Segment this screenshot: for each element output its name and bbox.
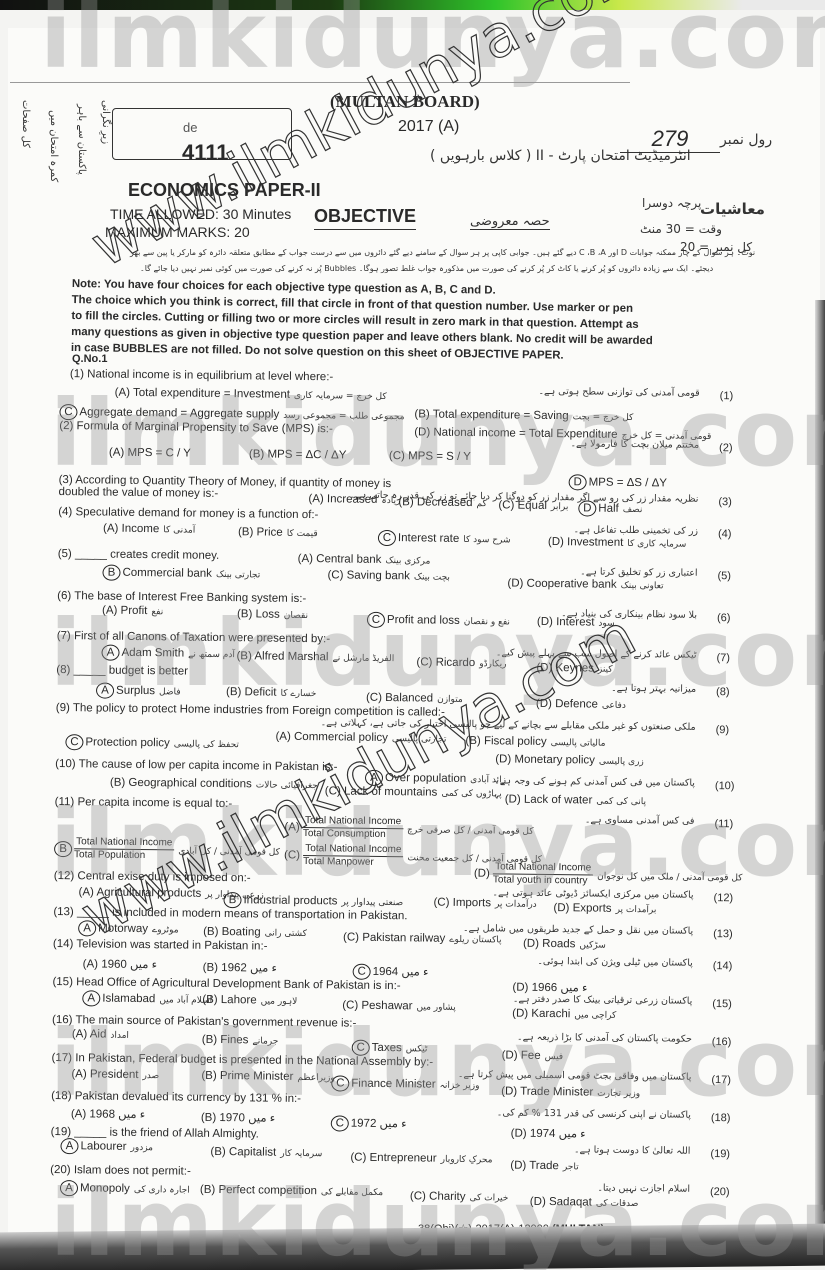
question-text: (6) The base of Interest Free Banking sy…	[57, 590, 306, 605]
option-key: (D)	[548, 536, 567, 548]
urdu-note-line-1: نوٹ۔ ہر سوال کے چار ممکنہ جوابات D اور C…	[130, 248, 755, 257]
option-urdu: کل قومی آمدنی / ملک میں کل نوجوان	[597, 871, 742, 883]
option-a: AOver populationزائد آبادی	[365, 770, 506, 788]
option-text: Fee	[521, 1050, 541, 1062]
option-urdu: صنعتی پیداوار پر	[341, 897, 403, 908]
question-stem: First of all Canons of Taxation were pre…	[74, 630, 330, 645]
option-urdu: دفاعی	[602, 701, 626, 711]
question-stem: Speculative demand for money is a functi…	[75, 506, 318, 521]
option-key: (D)	[553, 902, 572, 914]
option-urdu: وزیر تجارت	[597, 1089, 640, 1100]
question-urdu: قومی آمدنی کی توازنی سطح ہوتی ہے۔	[538, 386, 699, 399]
option-key: (B)	[226, 686, 245, 698]
option-key: (D)	[495, 753, 514, 765]
option-text: 1972 ء میں	[351, 1118, 407, 1131]
option-urdu: خیرات کی	[469, 1193, 508, 1203]
option-urdu: فیس	[545, 1052, 564, 1062]
option-text: Trade	[529, 1160, 559, 1172]
option-c: C1964 ء میں	[353, 964, 429, 981]
option-key: (A)	[109, 447, 128, 459]
option-text: 1968 ء میں	[89, 1108, 145, 1121]
option-a: (A) 1968 ء میں	[71, 1106, 145, 1121]
option-b: (B) Finesجرمانے	[202, 1034, 279, 1047]
option-text: Saving bank	[347, 570, 410, 583]
marked-answer-circle: C	[331, 1115, 349, 1131]
option-urdu: پانی کی کمی	[596, 797, 646, 808]
exam-year: 2017 (A)	[398, 118, 459, 136]
option-urdu: جغرافیائی حالات	[256, 780, 318, 791]
question-urdu: اسلام اجازت نہیں دیتا۔	[597, 1183, 690, 1195]
section-title: OBJECTIVE	[314, 206, 416, 230]
option-c: (C) Charityخیرات کی	[410, 1190, 509, 1203]
question-number: (13)	[53, 906, 74, 918]
option-a: (A) Presidentصدر	[71, 1068, 159, 1081]
option-b: (B) Perfect competitionمکمل مقابلے کی	[200, 1184, 383, 1198]
option-urdu: اجارہ داری کی	[134, 1185, 190, 1196]
option-key: (B)	[238, 526, 257, 538]
option-text: Investment	[567, 536, 623, 549]
option-text: Keynes	[555, 662, 594, 674]
question-urdu: پاکستان میں وفاقی بجٹ قومی اسمبلی میں پی…	[458, 1069, 692, 1083]
option-b: (B) Lahoreلاہور میں	[202, 994, 297, 1007]
option-urdu: شرح سود کا	[463, 535, 510, 546]
option-text: Labourer	[80, 1140, 126, 1153]
option-b: (B) Boatingکشتی رانی	[203, 926, 307, 939]
marked-answer-circle: C	[65, 734, 83, 750]
marked-answer-circle: C	[331, 1075, 349, 1091]
option-b: (B) Lossنقصان	[237, 608, 308, 621]
option-text: Capitalist	[229, 1146, 276, 1159]
question-urdu: پاکستان میں فی کس آمدنی کم ہونے کی وجہ ہ…	[494, 775, 695, 788]
question-number-right: (16)	[712, 1036, 732, 1048]
question-text: (2) Formula of Marginal Propensity to Sa…	[59, 420, 333, 435]
question-text: (14) Television was started in Pakistan …	[53, 938, 268, 953]
marked-answer-circle: A	[82, 990, 100, 1006]
option-urdu: زری پالیسی	[599, 757, 644, 768]
question-text: (5) _____ creates credit money.	[58, 548, 220, 562]
option-urdu: موٹروے	[152, 925, 179, 935]
option-b: (B) Priceقیمت کا	[238, 526, 318, 539]
option-key: (D)	[505, 793, 524, 805]
option-key: (C)	[342, 999, 361, 1011]
option-urdu: سڑکیں	[579, 940, 605, 950]
option-urdu: صدقات کی	[596, 1199, 639, 1210]
option-urdu: درآمدات پر	[495, 899, 537, 910]
option-c: (C) Pakistan railwayپاکستان ریلوے	[343, 932, 502, 946]
option-key: (A)	[275, 731, 294, 743]
option-urdu: سرمایہ کاری کا	[627, 539, 686, 550]
question-number-right: (2)	[719, 442, 733, 454]
question-text: (8) _____ budget is better	[56, 664, 188, 678]
option-c: CInterest rateشرح سود کا	[378, 530, 511, 548]
option-text: 1970 ء میں	[219, 1112, 275, 1125]
option-urdu: بچت بینک	[414, 572, 450, 582]
fraction: Total National IncomeTotal Population	[74, 836, 174, 862]
option-urdu: جرمانے	[252, 1036, 278, 1046]
question-stem: _____ budget is better	[74, 664, 189, 677]
option-text: Imports	[453, 897, 491, 909]
question-number: (10)	[55, 758, 76, 770]
option-c: (C) Saving bankبچت بینک	[327, 569, 450, 582]
option-key: (B)	[200, 1184, 219, 1196]
question-urdu: اعتباری زر کو تخلیق کرتا ہے۔	[580, 566, 698, 578]
option-text: Adam Smith	[121, 647, 184, 660]
urdu-exam-title: انٹرمیڈیٹ امتحان پارٹ - II ( کلاس بارہوی…	[430, 148, 691, 164]
question-stem: Pakistan devalued its currency by 131 % …	[75, 1090, 301, 1105]
side-note-4: زیرِ نگرانی	[100, 100, 111, 144]
option-c: (C) Importsدرآمدات پر	[433, 897, 536, 910]
marked-answer-circle: A	[60, 1138, 78, 1154]
maximum-marks: MAXIMUM MARKS: 20	[105, 224, 250, 240]
option-key: (D)	[537, 616, 556, 628]
option-a: (A) 1960 ء میں	[83, 956, 157, 971]
option-c: (C) Lack of mountainsپہاڑوں کی کمی	[325, 785, 502, 799]
option-key: (D)	[536, 698, 555, 710]
option-urdu: مزدور	[130, 1143, 153, 1153]
option-key: (C)	[410, 1190, 429, 1202]
question-stem: The cause of low per capita income in Pa…	[79, 758, 338, 773]
option-key: (C)	[366, 692, 385, 704]
option-text: MPS = C / Y	[127, 447, 191, 460]
option-a: ASurplusفاضل	[96, 682, 181, 699]
question-urdu: ملکی صنعتوں کو غیر ملکی مقابلے سے بچانے …	[321, 717, 696, 733]
option-text: Monopoly	[80, 1182, 130, 1195]
fraction: Total National IncomeTotal Consumption	[303, 815, 403, 841]
question-number: (17)	[51, 1052, 72, 1064]
option-a: (A) Total expenditure = Investmentکل خرچ…	[115, 387, 387, 402]
option-urdu: متوازن	[437, 695, 463, 705]
option-text: Monetary policy	[514, 754, 595, 767]
question-text: (7) First of all Canons of Taxation were…	[57, 630, 331, 645]
option-key: (C)	[327, 569, 346, 581]
question-number-right: (9)	[716, 724, 730, 736]
question-text: (11) Per capita income is equal to:-	[55, 796, 233, 810]
option-text: Decreased	[417, 496, 473, 509]
option-key: (D)	[502, 1049, 521, 1061]
question-stem: Television was started in Pakistan in:-	[76, 938, 267, 952]
option-d: DHalfنصف	[578, 500, 642, 517]
subject-title: ECONOMICS PAPER-II	[128, 180, 321, 201]
option-b: (B) Deficitخسارے کا	[226, 686, 316, 699]
option-key: (A)	[298, 553, 317, 565]
option-d: (D) Roadsسڑکیں	[523, 938, 606, 951]
option-key: (D)	[501, 1085, 520, 1097]
question-urdu: پاکستان نے اپنی کرنسی کی قدر 131 % کم کی…	[497, 1107, 691, 1120]
option-urdu: امداد	[110, 1031, 129, 1041]
option-key: (B)	[414, 408, 432, 420]
option-c: CProtection policyتحفظ کی پالیسی	[65, 734, 239, 752]
question-urdu: مختتم میلان بچت کا فارمولا ہے۔	[570, 438, 699, 451]
marked-answer-circle: C	[352, 1040, 370, 1056]
option-d: (D) Trade Ministerوزیر تجارت	[501, 1085, 640, 1099]
question-stem: _____ creates credit money.	[75, 548, 219, 562]
option-text: Aid	[90, 1028, 107, 1040]
option-a: AMonopolyاجارہ داری کی	[60, 1180, 190, 1198]
question-text: (9) The policy to protect Home industrie…	[56, 702, 445, 719]
option-text: Fiscal policy	[484, 735, 547, 748]
question-stem: Islam does not permit:-	[74, 1164, 191, 1177]
option-urdu: تحفظ کی پالیسی	[174, 739, 239, 750]
option-text: Half	[598, 503, 619, 515]
option-urdu: کل قومی آمدنی / کل آبادی	[178, 846, 280, 857]
option-a: (A) Profitنفع	[102, 605, 163, 618]
option-key: (B)	[398, 496, 417, 508]
scan-right-edge	[815, 300, 825, 1240]
option-text: President	[90, 1068, 139, 1081]
option-key: (A)	[308, 493, 327, 505]
option-text: Profit and loss	[387, 614, 460, 627]
option-d: (D) 1974 ء میں	[511, 1126, 586, 1141]
side-note-1: کل صفحات	[20, 100, 31, 148]
option-urdu: صدر	[142, 1071, 159, 1081]
marked-answer-circle: A	[60, 1180, 78, 1196]
option-text: Ricardo	[436, 657, 476, 669]
option-key: (D)	[474, 868, 493, 880]
option-urdu: کینز	[598, 665, 613, 675]
option-key: (A)	[102, 605, 121, 617]
question-number: (7)	[57, 630, 71, 642]
question-number: (15)	[52, 976, 73, 988]
option-c: (C) Entrepreneurمحرکِ کاروبار	[350, 1152, 492, 1166]
option-urdu: کل خرچ = بچت	[573, 412, 634, 423]
question-number: (14)	[53, 938, 74, 950]
marked-answer-circle: D	[578, 500, 596, 516]
option-text: Price	[256, 526, 282, 538]
question-urdu: ٹیکس عائد کرنے کے اصول سب سے پہلے پیش کی…	[496, 647, 697, 660]
option-d: (D) Sadaqatصدقات کی	[530, 1196, 639, 1209]
option-d: (D) Cooperative bankتعاونی بینک	[507, 577, 663, 591]
option-key: (D)	[523, 938, 542, 950]
marked-answer-circle: B	[102, 565, 120, 581]
option-urdu: نصف	[623, 505, 643, 515]
option-text: Deficit	[245, 686, 277, 698]
marked-answer-circle: B	[223, 892, 241, 908]
option-key: (B)	[236, 650, 254, 662]
question-urdu: فی کس آمدنی مساوی ہے۔	[585, 814, 695, 826]
option-urdu: کم	[476, 499, 486, 509]
option-text: Equal	[517, 500, 547, 512]
option-text: Interest	[556, 616, 595, 628]
question-stem: Central exise duty is imposed on:-	[77, 870, 250, 884]
option-b: (B) Total expenditure = Savingکل خرچ = ب…	[414, 408, 633, 423]
question-number-right: (14)	[713, 960, 733, 972]
option-b: (B) Fiscal policyمالیاتی پالیسی	[465, 735, 605, 749]
option-text: Sadaqat	[549, 1196, 592, 1209]
option-d: (D) 1966 ء میں	[512, 980, 587, 995]
scan-top-edge	[0, 0, 825, 10]
question-number: (6)	[57, 590, 71, 602]
option-a: (A) Total National IncomeTotal Consumpti…	[284, 815, 533, 843]
option-b: BCommercial bankتجارتی بینک	[102, 565, 260, 583]
option-key: (B)	[203, 926, 222, 938]
option-d: (D) Tradeتاجر	[510, 1160, 579, 1173]
option-urdu: لاہور میں	[261, 996, 298, 1006]
option-b: (B) Decreasedکم	[398, 496, 487, 509]
urdu-note-line-2: دیجئے۔ ایک سے زیادہ دائروں کو پُر کرنے ی…	[140, 264, 713, 273]
option-d: DMPS = ΔS / ΔY	[569, 474, 668, 491]
question-number-right: (4)	[718, 528, 732, 540]
option-key: (A)	[71, 1108, 90, 1120]
option-text: Lack of mountains	[344, 786, 437, 799]
option-text: Balanced	[385, 692, 433, 705]
marked-answer-circle: A	[101, 645, 119, 661]
option-urdu: مکمل مقابلے کی	[321, 1187, 383, 1198]
option-key: (B)	[202, 1034, 221, 1046]
side-note-2: کمرہ امتحان میں	[48, 110, 59, 182]
option-text: Lahore	[221, 994, 257, 1006]
option-b: (B) 1970 ء میں	[201, 1110, 275, 1125]
option-text: Geographical conditions	[128, 777, 252, 791]
question-number-right: (6)	[717, 612, 731, 624]
option-text: Karachi	[531, 1008, 570, 1020]
question-number: (11)	[55, 796, 75, 808]
question-text: (12) Central exise duty is imposed on:-	[54, 870, 251, 884]
question-urdu: پاکستان زرعی ترقیاتی بینک کا صدر دفتر ہے…	[513, 994, 693, 1007]
option-key: (A)	[103, 523, 122, 535]
question-number: (2)	[59, 420, 73, 432]
option-text: Over population	[385, 772, 466, 785]
question-text: (20) Islam does not permit:-	[50, 1164, 191, 1178]
option-d: (D) Feeفیس	[502, 1049, 564, 1062]
option-c: CFinance Ministerوزیر خزانہ	[331, 1075, 479, 1093]
question-text: (18) Pakistan devalued its currency by 1…	[51, 1090, 301, 1105]
urdu-time: وقت = 30 منٹ	[640, 222, 722, 236]
question-urdu: میزانیہ بہتر ہوتا ہے۔	[611, 683, 696, 695]
marked-answer-circle: C	[353, 964, 371, 980]
option-urdu: کل خرچ = سرمایہ کاری	[294, 391, 387, 402]
option-key: (B)	[210, 1146, 229, 1158]
option-text: Protection policy	[85, 736, 170, 749]
question-stem: Per capita income is equal to:-	[77, 796, 232, 810]
urdu-subject: معاشیات	[700, 200, 765, 218]
option-text: MPS = ΔC / ΔY	[267, 449, 346, 462]
option-key: (C)	[416, 656, 435, 668]
option-urdu: آدم سمتھ نے	[188, 650, 235, 661]
option-text: Exports	[573, 902, 612, 914]
option-urdu: ٹیکس	[406, 1044, 428, 1054]
option-text: Roads	[542, 938, 575, 950]
marked-answer-circle: C	[378, 530, 396, 546]
option-text: Finance Minister	[351, 1078, 436, 1091]
question-number-right: (15)	[712, 998, 732, 1010]
option-d: (D) Total National IncomeTotal youth in …	[474, 861, 743, 889]
option-c: CProfit and lossنفع و نقصان	[367, 612, 510, 630]
option-text: Fines	[220, 1034, 248, 1046]
scan-bottom-edge	[0, 1224, 825, 1270]
option-b: (B) Prime Ministerوزیراعظم	[201, 1070, 335, 1084]
question-number: (9)	[56, 702, 70, 714]
question-stem: The main source of Pakistan's government…	[75, 1014, 356, 1029]
option-c: CTaxesٹیکس	[352, 1040, 428, 1057]
question-number-right: (8)	[716, 686, 730, 698]
option-text: Income	[121, 523, 159, 535]
side-note-3: پاکستان سے باہر	[76, 104, 87, 175]
option-c: (C) Ricardoریکارڈو	[416, 656, 506, 669]
option-text: Cooperative bank	[526, 578, 616, 591]
option-a: AAdam Smithآدم سمتھ نے	[101, 645, 235, 663]
question-number: (8)	[56, 664, 70, 676]
option-text: Trade Minister	[520, 1086, 593, 1099]
option-urdu: سرمایہ کار	[280, 1149, 322, 1160]
option-text: Charity	[429, 1191, 466, 1203]
option-text: Agricultural products	[96, 886, 201, 899]
option-c: (C) Peshawarپشاور میں	[342, 999, 456, 1012]
board-name: (MULTAN BOARD)	[330, 92, 480, 112]
option-urdu: خسارے کا	[280, 689, 316, 699]
marked-answer-circle: C	[59, 404, 77, 420]
question-stem: The policy to protect Home industries fr…	[73, 702, 445, 719]
option-key: (C)	[284, 849, 303, 861]
option-d: (D) Karachiکراچی میں	[512, 1008, 616, 1021]
option-d: (D) Investmentسرمایہ کاری کا	[548, 536, 687, 550]
option-key: (B)	[237, 608, 256, 620]
question-number: (12)	[54, 870, 75, 882]
question-urdu: پاکستان میں ٹیلی ویژن کی ابتدا ہوئی۔	[537, 956, 693, 969]
option-key: (A)	[71, 1068, 90, 1080]
option-urdu: وزیراعظم	[297, 1073, 335, 1083]
option-key: (A)	[83, 958, 102, 970]
option-urdu: تجارتی پالیسی	[392, 734, 447, 745]
option-urdu: تاجر	[563, 1162, 579, 1172]
option-a: (A) Commercial policyتجارتی پالیسی	[275, 731, 446, 745]
option-text: MPS = S / Y	[408, 450, 471, 463]
question-number-right: (5)	[717, 570, 731, 582]
option-key: (A)	[79, 886, 97, 898]
option-urdu: کراچی میں	[574, 1010, 616, 1021]
option-text: Central bank	[316, 553, 381, 566]
question-stem: Head Office of Agricultural Development …	[76, 976, 401, 992]
option-urdu: تعاونی بینک	[621, 581, 664, 592]
option-b: (B) Alfred Marshalالفریڈ مارشل نے	[236, 650, 394, 664]
instructions-note: Note: You have four choices for each obj…	[71, 276, 712, 366]
option-d: (D) Keynesکینز	[536, 662, 612, 675]
option-urdu: فاضل	[159, 687, 181, 697]
option-text: Commercial bank	[122, 567, 212, 580]
option-b: (B) MPS = ΔC / ΔY	[249, 448, 347, 461]
option-urdu: وزیر خزانہ	[440, 1081, 480, 1091]
option-urdu: مجموعی طلب = مجموعی رسد	[283, 411, 404, 422]
option-urdu: زائد آبادی	[470, 775, 506, 785]
top-divider	[10, 82, 630, 83]
question-number-right: (1)	[720, 390, 734, 402]
option-key: (B)	[249, 448, 268, 460]
question-text: (4) Speculative demand for money is a fu…	[58, 506, 318, 521]
fraction: Total National IncomeTotal youth in coun…	[493, 861, 593, 887]
option-urdu: برآمدات پر	[616, 905, 657, 915]
option-text: Lack of water	[524, 794, 593, 807]
option-c: (C) Equalبرابر	[498, 499, 568, 512]
question-number-right: (11)	[714, 818, 733, 830]
option-c: (C) MPS = S / Y	[389, 450, 471, 463]
option-text: Increased	[327, 493, 378, 506]
time-allowed: TIME ALLOWED: 30 Minutes	[110, 206, 291, 222]
option-key: (B)	[203, 962, 222, 974]
question-number-right: (12)	[714, 892, 734, 904]
option-key: (D)	[512, 982, 531, 994]
option-text: Taxes	[372, 1042, 402, 1054]
option-urdu: نفع و نقصان	[464, 617, 510, 628]
option-urdu: ریکارڈو	[479, 659, 506, 669]
option-text: Prime Minister	[220, 1070, 294, 1083]
option-urdu: الفریڈ مارشل نے	[332, 653, 394, 664]
question-text: (1) National income is in equilibrium at…	[70, 368, 333, 383]
option-text: Entrepreneur	[369, 1152, 436, 1165]
option-text: Alfred Marshal	[254, 650, 328, 663]
option-key: (D)	[507, 577, 526, 589]
question-number-right: (19)	[710, 1148, 730, 1160]
option-d: (D) Lack of waterپانی کی کمی	[505, 793, 646, 807]
question-number: (18)	[51, 1090, 72, 1102]
